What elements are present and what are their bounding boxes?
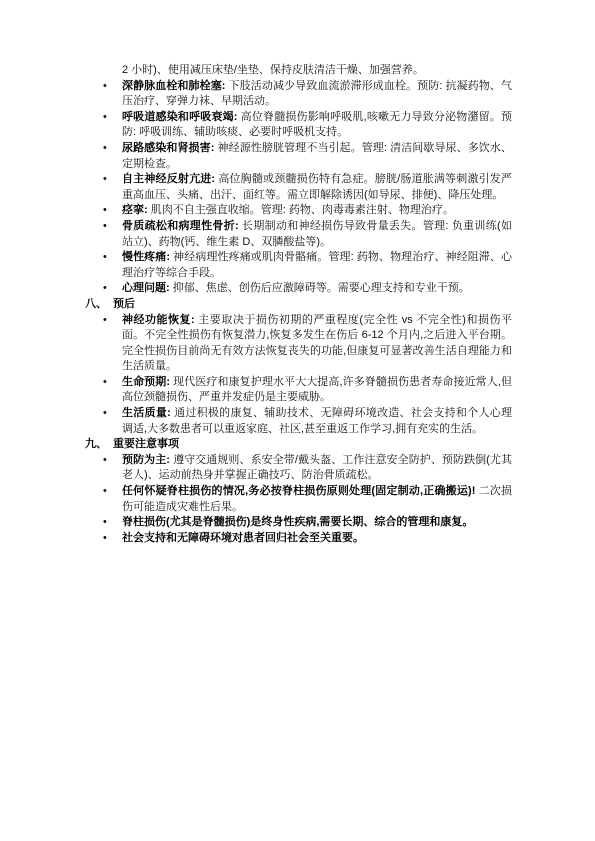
item-term: 骨质疏松和病理性骨折: bbox=[122, 220, 239, 232]
item-term: 痉挛: bbox=[122, 204, 148, 216]
item-term: 呼吸道感染和呼吸衰竭: bbox=[122, 111, 237, 123]
section-heading-notes: 九、重要注意事项 bbox=[85, 437, 512, 453]
item-term: 脊柱损伤(尤其是脊髓损伤)是终身性疾病,需要长期、综合的管理和康复。 bbox=[122, 516, 473, 528]
item-text: 通过积极的康复、辅助技术、无障碍环境改造、社会支持和个人心理调适,大多数患者可以… bbox=[122, 407, 512, 435]
list-item-spasm: •痉挛: 肌肉不自主强直收缩。管理: 药物、肉毒毒素注射、物理治疗。 bbox=[122, 203, 512, 219]
list-item-dvt: •深静脉血栓和肺栓塞: 下肢活动减少导致血流淤滞形成血栓。预防: 抗凝药物、气压… bbox=[122, 79, 512, 110]
list-item-social-support: •社会支持和无障碍环境对患者回归社会至关重要。 bbox=[122, 531, 512, 547]
section-heading-prognosis: 八、预后 bbox=[85, 297, 512, 313]
list-item-urinary: •尿路感染和肾损害: 神经源性膀胱管理不当引起。管理: 清洁间歇导尿、多饮水、定… bbox=[122, 141, 512, 172]
bullet-icon: • bbox=[103, 141, 107, 157]
item-term: 尿路感染和肾损害: bbox=[122, 142, 214, 154]
list-item-life-expectancy: •生命预期: 现代医疗和康复护理水平大大提高,许多脊髓损伤患者寿命接近常人,但高… bbox=[122, 375, 512, 406]
item-term: 慢性疼痛: bbox=[122, 251, 170, 263]
bullet-icon: • bbox=[103, 484, 107, 500]
item-text: 抑郁、焦虑、创伤后应激障碍等。需要心理支持和专业干预。 bbox=[170, 282, 470, 294]
list-item-chronic-pain: •慢性疼痛: 神经病理性疼痛或肌肉骨骼痛。管理: 药物、物理治疗、神经阻滞、心理… bbox=[122, 250, 512, 281]
bullet-icon: • bbox=[103, 406, 107, 422]
item-term: 神经功能恢复: bbox=[122, 314, 195, 326]
section-title: 重要注意事项 bbox=[113, 438, 179, 450]
document-page: 2 小时)、使用减压床垫/坐垫、保持皮肤清洁干燥、加强营养。 •深静脉血栓和肺栓… bbox=[0, 0, 595, 841]
section-number: 九、 bbox=[85, 437, 113, 453]
bullet-icon: • bbox=[103, 515, 107, 531]
list-item-osteoporosis: •骨质疏松和病理性骨折: 长期制动和神经损伤导致骨量丢失。管理: 负重训练(如站… bbox=[122, 219, 512, 250]
item-term: 任何怀疑脊柱损伤的情况,务必按脊柱损伤原则处理(固定制动,正确搬运)! bbox=[122, 485, 475, 497]
list-item-prevention: •预防为主: 遵守交通规则、系安全带/戴头盔、工作注意安全防护、预防跌倒(尤其老… bbox=[122, 453, 512, 484]
item-text: 遵守交通规则、系安全带/戴头盔、工作注意安全防护、预防跌倒(尤其老人)、运动前热… bbox=[122, 454, 512, 482]
bullet-icon: • bbox=[103, 281, 107, 297]
list-item-psychological: •心理问题: 抑郁、焦虑、创伤后应激障碍等。需要心理支持和专业干预。 bbox=[122, 281, 512, 297]
bullet-icon: • bbox=[103, 375, 107, 391]
continuation-line: 2 小时)、使用减压床垫/坐垫、保持皮肤清洁干燥、加强营养。 bbox=[122, 63, 512, 79]
bullet-icon: • bbox=[103, 313, 107, 329]
bullet-icon: • bbox=[103, 172, 107, 188]
item-text: 现代医疗和康复护理水平大大提高,许多脊髓损伤患者寿命接近常人,但高位颈髓损伤、严… bbox=[122, 376, 512, 404]
section-number: 八、 bbox=[85, 297, 113, 313]
complications-list: •深静脉血栓和肺栓塞: 下肢活动减少导致血流淤滞形成血栓。预防: 抗凝药物、气压… bbox=[85, 79, 512, 297]
list-item-lifelong-disease: •脊柱损伤(尤其是脊髓损伤)是终身性疾病,需要长期、综合的管理和康复。 bbox=[122, 515, 512, 531]
bullet-icon: • bbox=[103, 79, 107, 95]
item-term: 深静脉血栓和肺栓塞: bbox=[122, 80, 225, 92]
prognosis-list: •神经功能恢复: 主要取决于损伤初期的严重程度(完全性 vs 不完全性)和损伤平… bbox=[85, 313, 512, 438]
bullet-icon: • bbox=[103, 110, 107, 126]
bullet-icon: • bbox=[103, 531, 107, 547]
bullet-icon: • bbox=[103, 250, 107, 266]
list-item-respiratory: •呼吸道感染和呼吸衰竭: 高位脊髓损伤影响呼吸肌,咳嗽无力导致分泌物潴留。预防:… bbox=[122, 110, 512, 141]
item-term: 自主神经反射亢进: bbox=[122, 173, 215, 185]
item-text: 肌肉不自主强直收缩。管理: 药物、肉毒毒素注射、物理治疗。 bbox=[148, 204, 454, 216]
document-content: 2 小时)、使用减压床垫/坐垫、保持皮肤清洁干燥、加强营养。 •深静脉血栓和肺栓… bbox=[85, 63, 512, 546]
bullet-icon: • bbox=[103, 453, 107, 469]
list-item-autonomic: •自主神经反射亢进: 高位胸髓或颈髓损伤特有急症。膀胱/肠道胀满等刺激引发严重高… bbox=[122, 172, 512, 203]
list-item-quality-of-life: •生活质量: 通过积极的康复、辅助技术、无障碍环境改造、社会支持和个人心理调适,… bbox=[122, 406, 512, 437]
list-item-neuro-recovery: •神经功能恢复: 主要取决于损伤初期的严重程度(完全性 vs 不完全性)和损伤平… bbox=[122, 313, 512, 375]
item-term: 社会支持和无障碍环境对患者回归社会至关重要。 bbox=[122, 532, 364, 544]
bullet-icon: • bbox=[103, 219, 107, 235]
item-term: 生命预期: bbox=[122, 376, 170, 388]
item-term: 预防为主: bbox=[122, 454, 170, 466]
item-term: 心理问题: bbox=[122, 282, 170, 294]
item-term: 生活质量: bbox=[122, 407, 171, 419]
list-item-handling-principle: •任何怀疑脊柱损伤的情况,务必按脊柱损伤原则处理(固定制动,正确搬运)! 二次损… bbox=[122, 484, 512, 515]
notes-list: •预防为主: 遵守交通规则、系安全带/戴头盔、工作注意安全防护、预防跌倒(尤其老… bbox=[85, 453, 512, 547]
section-title: 预后 bbox=[113, 298, 135, 310]
item-text: 神经病理性疼痛或肌肉骨骼痛。管理: 药物、物理治疗、神经阻滞、心理治疗等综合手段… bbox=[122, 251, 512, 279]
bullet-icon: • bbox=[103, 203, 107, 219]
